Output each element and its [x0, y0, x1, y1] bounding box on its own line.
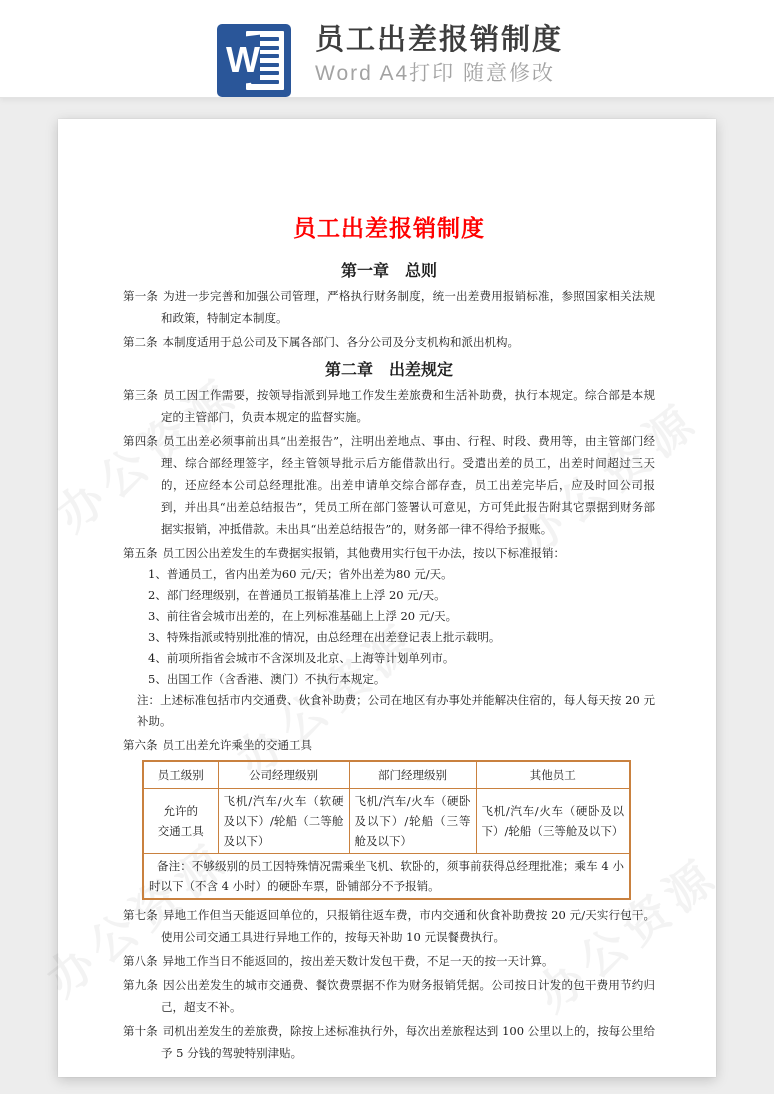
article-text: 员工因公出差发生的车费据实报销，其他费用实行包干办法，按以下标准报销： — [163, 546, 566, 560]
article-label: 第一条 — [123, 289, 158, 303]
sub-item-3: 3、前往省会城市出差的，在上列标准基础上上浮 20 元/天。 — [123, 606, 655, 627]
table-remark-row: 备注：不够级别的员工因特殊情况需乘坐飞机、软卧的，须事前获得总经理批准；乘车 4… — [143, 854, 630, 900]
word-icon: W — [217, 24, 291, 97]
article-label: 第六条 — [123, 738, 158, 752]
sub-item-2: 2、部门经理级别，在普通员工报销基准上上浮 20 元/天。 — [123, 585, 655, 606]
word-icon-letter: W — [226, 39, 260, 81]
doc-title: 员工出差报销制度 — [123, 214, 655, 244]
header-group: W 员工出差报销制度 Word A4打印 随意修改 — [217, 0, 557, 98]
article-paragraph-3: 第三条员工因工作需要，按领导指派到异地工作发生差旅费和生活补助费，执行本规定。综… — [123, 384, 655, 428]
article-text: 员工出差必须事前出具“出差报告”，注明出差地点、事由、行程、时段、费用等，由主管… — [161, 434, 655, 536]
remark-cell: 备注：不够级别的员工因特殊情况需乘坐飞机、软卧的，须事前获得总经理批准；乘车 4… — [143, 854, 630, 900]
article-text: 员工出差允许乘坐的交通工具 — [163, 738, 313, 752]
template-header: W 员工出差报销制度 Word A4打印 随意修改 — [0, 0, 774, 98]
article-label: 第十条 — [123, 1024, 158, 1038]
table-cell: 飞机/汽车/火车（软硬及以下）/轮船（二等舱及以下） — [218, 789, 349, 854]
document-content: 员工出差报销制度 第一章 总则 第一条为进一步完善和加强公司管理，严格执行财务制… — [58, 119, 716, 1077]
article-text: 司机出差发生的差旅费，除按上述标准执行外，每次出差旅程达到 100 公里以上的，… — [161, 1024, 655, 1060]
transport-table: 员工级别 公司经理级别 部门经理级别 其他员工 允许的 交通工具 飞机/汽车/火… — [142, 760, 631, 900]
table-header-cell: 公司经理级别 — [218, 761, 349, 789]
article-paragraph-10: 第十条司机出差发生的差旅费，除按上述标准执行外，每次出差旅程达到 100 公里以… — [123, 1020, 655, 1064]
article-paragraph-6: 第六条员工出差允许乘坐的交通工具 — [123, 734, 655, 756]
article-label: 第九条 — [123, 978, 158, 992]
sub-item-6: 5、出国工作（含香港、澳门）不执行本规定。 — [123, 669, 655, 690]
article-text: 异地工作但当天能返回单位的，只报销往返车费，市内交通和伙食补助费按 20 元/天… — [161, 908, 655, 944]
article-text: 本制度适用于总公司及下属各部门、各分公司及分支机构和派出机构。 — [163, 335, 520, 349]
table-header-cell: 部门经理级别 — [349, 761, 476, 789]
document-page: 办公资源 办公资源 办公资源 办公资源 办公资源 员工出差报销制度 第一章 总则… — [58, 119, 716, 1077]
article-label: 第二条 — [123, 335, 158, 349]
article-paragraph-9: 第九条因公出差发生的城市交通费、餐饮费票据不作为财务报销凭据。公司按日计发的包干… — [123, 974, 655, 1018]
article-label: 第七条 — [123, 908, 158, 922]
header-subtitle: Word A4打印 随意修改 — [315, 61, 557, 87]
sub-item-5: 4、前项所指省会城市不含深圳及北京、上海等计划单列市。 — [123, 648, 655, 669]
chapter-heading-1: 第一章 总则 — [123, 259, 655, 283]
article-text: 因公出差发生的城市交通费、餐饮费票据不作为财务报销凭据。公司按日计发的包干费用节… — [161, 978, 655, 1014]
header-text-block: 员工出差报销制度 Word A4打印 随意修改 — [315, 22, 557, 87]
chapter-heading-2: 第二章 出差规定 — [123, 358, 655, 382]
article-paragraph-4: 第四条员工出差必须事前出具“出差报告”，注明出差地点、事由、行程、时段、费用等，… — [123, 430, 655, 540]
table-header-cell: 员工级别 — [143, 761, 218, 789]
table-header-cell: 其他员工 — [476, 761, 630, 789]
note-line: 注：上述标准包括市内交通费、伙食补助费；公司在地区有办事处并能解决住宿的，每人每… — [123, 690, 655, 732]
article-text: 为进一步完善和加强公司管理，严格执行财务制度，统一出差费用报销标准，参照国家相关… — [161, 289, 655, 325]
table-row-label: 允许的 交通工具 — [143, 789, 218, 854]
table-header-row: 员工级别 公司经理级别 部门经理级别 其他员工 — [143, 761, 630, 789]
article-paragraph-2: 第二条本制度适用于总公司及下属各部门、各分公司及分支机构和派出机构。 — [123, 331, 655, 353]
article-text: 异地工作当日不能返回的，按出差天数计发包干费，不足一天的按一天计算。 — [163, 954, 554, 968]
article-paragraph-7: 第七条异地工作但当天能返回单位的，只报销往返车费，市内交通和伙食补助费按 20 … — [123, 904, 655, 948]
sub-item-4: 3、特殊指派或特别批准的情况，由总经理在出差登记表上批示载明。 — [123, 627, 655, 648]
header-title: 员工出差报销制度 — [315, 22, 557, 58]
article-label: 第三条 — [123, 388, 158, 402]
row-label-line: 允许的 — [149, 801, 213, 821]
table-cell: 飞机/汽车/火车（硬卧及以下）/轮船（三等舱及以下） — [349, 789, 476, 854]
article-label: 第五条 — [123, 546, 158, 560]
article-label: 第八条 — [123, 954, 158, 968]
article-paragraph-5: 第五条员工因公出差发生的车费据实报销，其他费用实行包干办法，按以下标准报销： — [123, 542, 655, 564]
table-cell: 飞机/汽车/火车（硬卧及以下）/轮船（三等舱及以下） — [476, 789, 630, 854]
table-body-row: 允许的 交通工具 飞机/汽车/火车（软硬及以下）/轮船（二等舱及以下） 飞机/汽… — [143, 789, 630, 854]
sub-item-1: 1、普通员工，省内出差为60 元/天；省外出差为80 元/天。 — [123, 564, 655, 585]
article-label: 第四条 — [123, 434, 158, 448]
row-label-line: 交通工具 — [149, 821, 213, 841]
article-text: 员工因工作需要，按领导指派到异地工作发生差旅费和生活补助费，执行本规定。综合部是… — [161, 388, 655, 424]
article-paragraph-1: 第一条为进一步完善和加强公司管理，严格执行财务制度，统一出差费用报销标准，参照国… — [123, 285, 655, 329]
article-paragraph-8: 第八条异地工作当日不能返回的，按出差天数计发包干费，不足一天的按一天计算。 — [123, 950, 655, 972]
